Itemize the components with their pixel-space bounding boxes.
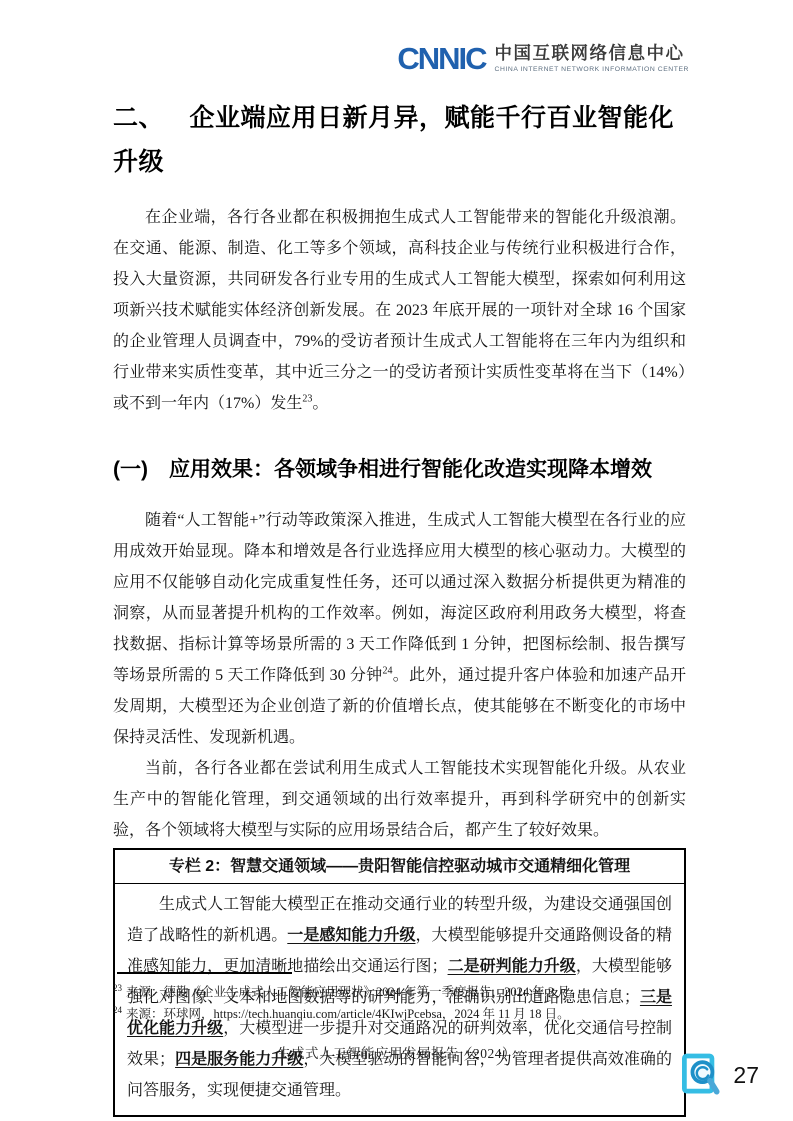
footer-report-title: 生成式人工智能应用发展报告（2024） xyxy=(0,1042,793,1062)
footnote-24-number: 24 xyxy=(113,1005,122,1015)
footnote-23: 23来源：德勤《企业生成式人工智能应用现状》2024 年第一季度报告，2024 … xyxy=(113,981,686,1003)
footnote-24-text: 来源：环球网，https://tech.huanqiu.com/article/… xyxy=(126,1007,570,1021)
cnnic-logo-names: 中国互联网络信息中心 CHINA INTERNET NETWORK INFORM… xyxy=(495,42,690,73)
cnnic-acronym: CNNIC xyxy=(397,42,485,76)
footnote-23-text: 来源：德勤《企业生成式人工智能应用现状》2024 年第一季度报告，2024 年 … xyxy=(126,985,582,999)
paragraph-industries: 当前，各行各业都在尝试利用生成式人工智能技术实现智能化升级。从农业生产中的智能化… xyxy=(113,753,686,846)
cnnic-name-en: CHINA INTERNET NETWORK INFORMATION CENTE… xyxy=(495,66,690,73)
section-heading: 二、 企业端应用日新月异，赋能千行百业智能化升级 xyxy=(113,96,686,184)
footnote-separator xyxy=(117,972,292,974)
subsection-heading: (一) 应用效果：各领域争相进行智能化改造实现降本增效 xyxy=(113,453,686,487)
column-box-title: 专栏 2：智慧交通领域——贵阳智能信控驱动城市交通精细化管理 xyxy=(115,850,684,884)
paragraph-intro: 在企业端，各行各业都在积极拥抱生成式人工智能带来的智能化升级浪潮。在交通、能源、… xyxy=(113,202,686,419)
footnote-24: 24来源：环球网，https://tech.huanqiu.com/articl… xyxy=(113,1003,686,1025)
footnote-area: 23来源：德勤《企业生成式人工智能应用现状》2024 年第一季度报告，2024 … xyxy=(113,972,686,1025)
cnnic-mark-icon xyxy=(682,1053,720,1098)
page-content: 二、 企业端应用日新月异，赋能千行百业智能化升级 在企业端，各行各业都在积极拥抱… xyxy=(113,96,686,1117)
paragraph-effects: 随着“人工智能+”行动等政策深入推进，生成式人工智能大模型在各行业的应用成效开始… xyxy=(113,505,686,753)
report-page: CNNIC 中国互联网络信息中心 CHINA INTERNET NETWORK … xyxy=(0,0,793,1121)
cnnic-name-cn: 中国互联网络信息中心 xyxy=(495,42,690,64)
cnnic-logo: CNNIC 中国互联网络信息中心 CHINA INTERNET NETWORK … xyxy=(397,42,689,76)
footnote-23-number: 23 xyxy=(113,983,122,993)
page-number-badge: 27 xyxy=(682,1053,759,1098)
page-number: 27 xyxy=(733,1062,759,1089)
